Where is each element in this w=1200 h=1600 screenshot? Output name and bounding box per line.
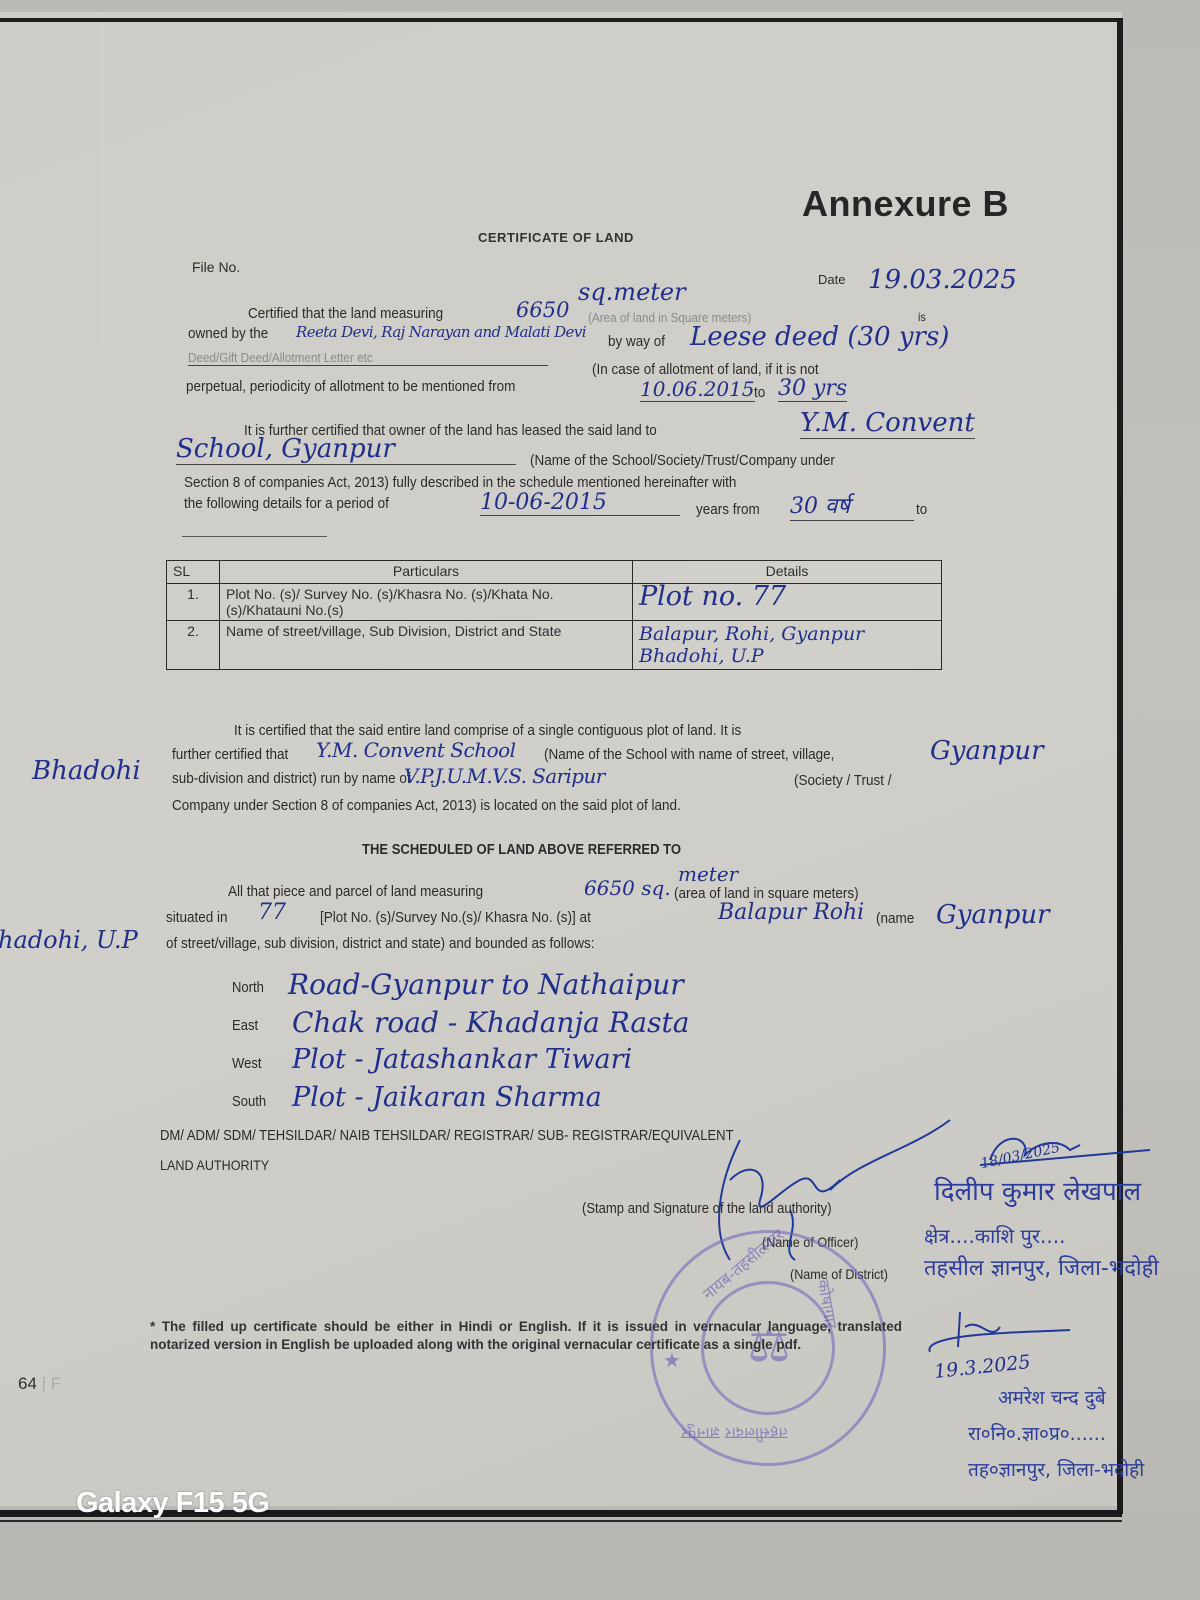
seal-bottom-text: तहसीलदार ज्ञानपुर <box>681 1423 788 1445</box>
schedule-heading: THE SCHEDULED OF LAND ABOVE REFERRED TO <box>362 842 681 858</box>
lease-years-from: 30 वर्ष <box>790 490 914 521</box>
officer-signature-1 <box>970 1130 1170 1170</box>
date-value: 19.03.2025 <box>868 265 1017 295</box>
para1-text-6: perpetual, periodicity of allotment to b… <box>186 378 515 395</box>
para3-text-4: sub-division and district) run by name o… <box>172 770 411 787</box>
annexure-title: Annexure B <box>802 183 1009 225</box>
authority-line-1: DM/ ADM/ SDM/ TEHSILDAR/ NAIB TEHSILDAR/… <box>160 1128 734 1144</box>
para3-text-2: further certified that <box>172 746 288 763</box>
page-number-value: 64 <box>18 1374 37 1393</box>
row-details: Balapur, Rohi, Gyanpur Bhadohi, U.P <box>633 621 942 670</box>
boundary-value-north: Road-Gyanpur to Nathaipur <box>288 968 684 1001</box>
row-sl: 1. <box>167 584 220 621</box>
page-number-suffix: F <box>51 1374 61 1393</box>
school-name: Y.M. Convent School <box>316 738 516 762</box>
officer2-name-hindi: अमरेश चन्द दुबे <box>998 1384 1106 1410</box>
margin-note-bhadohi: Bhadohi <box>32 756 141 786</box>
schedule-plot: 77 <box>258 900 286 925</box>
table-row: 1. Plot No. (s)/ Survey No. (s)/Khasra N… <box>167 584 942 621</box>
table-header-sl: SL <box>167 561 220 584</box>
para2-text-3: Section 8 of companies Act, 2013) fully … <box>184 474 736 491</box>
para2-text-6: to <box>916 501 927 518</box>
allotment-to: 30 yrs <box>778 376 847 402</box>
boundary-direction-east: East <box>232 1018 258 1034</box>
page-border-bottom-inner <box>0 1520 1122 1522</box>
schedule-text-6: of street/village, sub division, distric… <box>166 935 594 952</box>
table-header-particulars: Particulars <box>220 561 633 584</box>
boundary-direction-north: North <box>232 980 264 996</box>
boundary-value-east: Chak road - Khadanja Rasta <box>292 1006 689 1039</box>
para1-text-3: owned by the <box>188 325 268 342</box>
area-unit-handwritten: sq.meter <box>578 278 686 306</box>
officer2-tehsil-hindi: तह०ज्ञानपुर, जिला-भदोही <box>968 1456 1144 1482</box>
lease-period: 10-06-2015 <box>480 490 680 516</box>
ownership-mode: Leese deed (30 yrs) <box>690 322 949 352</box>
schedule-text-1: All that piece and parcel of land measur… <box>228 883 483 900</box>
margin-note-bhadohi-up: hadohi, U.P <box>0 926 138 954</box>
schedule-location: Balapur Rohi <box>718 900 864 925</box>
page-number: 64 | F <box>18 1374 61 1394</box>
boundary-direction-south: South <box>232 1094 266 1110</box>
officer2-post-hindi: रा०नि०.ज्ञा०प्र०...... <box>968 1420 1106 1446</box>
row-details: Plot no. 77 <box>633 584 942 621</box>
row-sl: 2. <box>167 621 220 670</box>
blank-line <box>182 536 327 537</box>
camera-watermark: Galaxy F15 5G <box>76 1487 269 1520</box>
lessee-name-line2: School, Gyanpur <box>176 434 516 465</box>
ownership-mode-hint: Deed/Gift Deed/Allotment Letter etc <box>188 350 548 366</box>
officer-name-hindi: दिलीप कुमार लेखपाल <box>934 1172 1141 1208</box>
para3-text-5: (Society / Trust / <box>794 772 892 789</box>
land-details-table: SL Particulars Details 1. Plot No. (s)/ … <box>166 560 942 670</box>
schedule-area: 6650 sq. <box>584 876 671 900</box>
date-label: Date <box>818 272 845 287</box>
boundary-direction-west: West <box>232 1056 262 1072</box>
file-no-label: File No. <box>192 259 240 275</box>
para3-text-1: It is certified that the said entire lan… <box>234 722 741 739</box>
page-border-top <box>0 18 1122 22</box>
boundary-value-west: Plot - Jatashankar Tiwari <box>292 1044 632 1075</box>
para1-text-4: by way of <box>608 333 665 350</box>
para3-text-3: (Name of the School with name of street,… <box>544 746 834 763</box>
society-name: V.P.J.U.M.V.S. Saripur <box>404 764 605 788</box>
schedule-area-unit: meter <box>678 862 738 886</box>
table-row: 2. Name of street/village, Sub Division,… <box>167 621 942 670</box>
margin-note-gyanpur: Gyanpur <box>930 736 1044 766</box>
page-number-separator: | <box>42 1374 51 1393</box>
officer-signature-2 <box>920 1312 1120 1362</box>
para2-text-2: (Name of the School/Society/Trust/Compan… <box>530 452 835 469</box>
lessee-name-line1: Y.M. Convent <box>800 408 975 439</box>
boundary-value-south: Plot - Jaikaran Sharma <box>292 1082 602 1113</box>
para3-text-6: Company under Section 8 of companies Act… <box>172 797 681 814</box>
para2-text-4: the following details for a period of <box>184 495 389 512</box>
page-border-right <box>1117 18 1123 1514</box>
row-particulars: Plot No. (s)/ Survey No. (s)/Khasra No. … <box>220 584 633 621</box>
owners-name: Reeta Devi, Raj Narayan and Malati Devi <box>296 323 586 341</box>
schedule-text-4: [Plot No. (s)/Survey No.(s)/ Khasra No. … <box>320 909 591 926</box>
authority-line-2: LAND AUTHORITY <box>160 1157 269 1173</box>
para1-text-7: to <box>754 384 765 401</box>
margin-note-gyanpur-2: Gyanpur <box>936 900 1050 930</box>
allotment-from: 10.06.2015 <box>640 377 755 402</box>
area-value: 6650 <box>516 298 569 322</box>
para1-text-1: Certified that the land measuring <box>248 305 443 322</box>
certificate-title: CERTIFICATE OF LAND <box>478 230 634 245</box>
para2-text-5: years from <box>696 501 760 518</box>
schedule-text-5: (name <box>876 910 914 927</box>
footer-note: * The filled up certificate should be ei… <box>150 1318 902 1354</box>
schedule-text-3: situated in <box>166 909 228 926</box>
paper-fold-edge <box>100 12 103 342</box>
row-particulars: Name of street/village, Sub Division, Di… <box>220 621 633 670</box>
